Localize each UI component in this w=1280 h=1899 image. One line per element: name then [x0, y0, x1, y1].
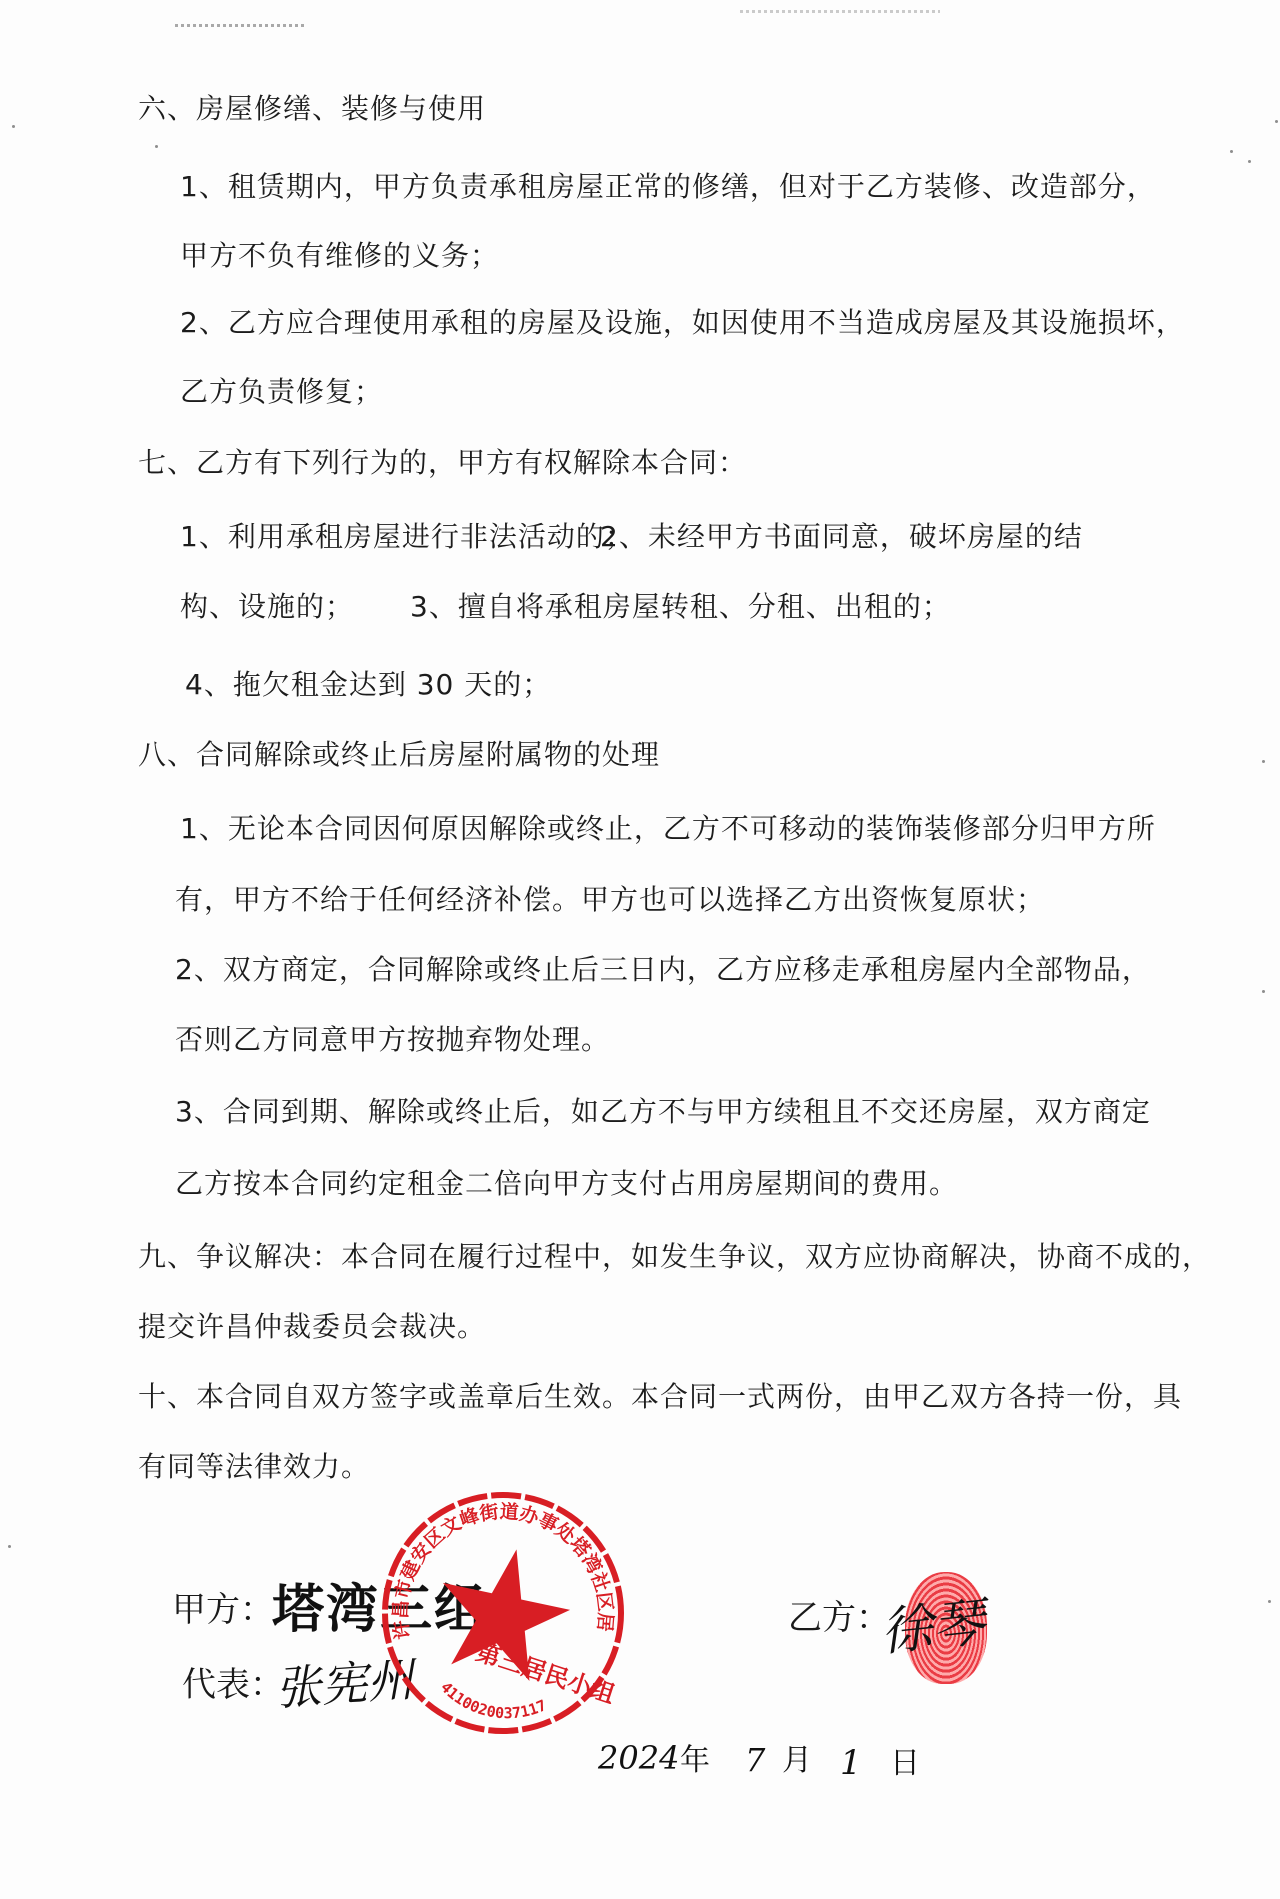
- section-9-line-1: 提交许昌仲裁委员会裁决。: [138, 1310, 486, 1344]
- section-heading-7: 七、乙方有下列行为的，甲方有权解除本合同：: [138, 446, 747, 480]
- date-day-label: 日: [890, 1746, 920, 1782]
- section-10-line-1: 有同等法律效力。: [138, 1450, 370, 1484]
- section-8-line-2: 有，甲方不给于任何经济补偿。甲方也可以选择乙方出资恢复原状；: [175, 883, 1045, 917]
- scan-speck: [1268, 1600, 1271, 1603]
- section-7-item-2-cont: 构、设施的；: [180, 590, 354, 624]
- scan-speck: [1262, 760, 1265, 763]
- section-8-line-4: 否则乙方同意甲方按抛弃物处理。: [175, 1023, 610, 1057]
- scan-artifact: [175, 24, 305, 27]
- representative-label: 代表：: [182, 1665, 284, 1705]
- section-8-line-3: 2、双方商定，合同解除或终止后三日内，乙方应移走承租房屋内全部物品，: [175, 953, 1151, 987]
- section-heading-9: 九、争议解决：本合同在履行过程中，如发生争议，双方应协商解决，协商不成的，: [138, 1240, 1211, 1274]
- date-year: 2024: [598, 1740, 679, 1776]
- section-8-line-6: 乙方按本合同约定租金二倍向甲方支付占用房屋期间的费用。: [175, 1167, 958, 1201]
- scan-speck: [12, 125, 15, 128]
- party-a-label: 甲方：: [172, 1590, 274, 1630]
- scan-speck: [1262, 990, 1265, 993]
- section-7-item-2: 2、未经甲方书面同意，破坏房屋的结: [600, 520, 1083, 554]
- svg-text:4110020037117: 4110020037117: [437, 1678, 549, 1722]
- party-b-signature: 徐琴: [876, 1580, 987, 1665]
- section-6-line-2: 甲方不负有维修的义务；: [180, 239, 499, 273]
- contract-page: 六、房屋修缮、装修与使用 1、租赁期内，甲方负责承租房屋正常的修缮，但对于乙方装…: [0, 0, 1280, 1899]
- section-7-item-1: 1、利用承租房屋进行非法活动的；: [180, 520, 634, 554]
- scan-speck: [1248, 160, 1251, 163]
- date-year-label: 年: [680, 1743, 710, 1779]
- scan-speck: [1275, 120, 1278, 123]
- official-seal-icon: 许昌市建安区文峰街道办事处塔湾社区居民委员会 第三居民小组 4110020037…: [378, 1488, 628, 1738]
- scan-speck: [1230, 150, 1233, 153]
- svg-text:第三居民小组: 第三居民小组: [473, 1638, 619, 1709]
- date-month-label: 月: [782, 1743, 812, 1779]
- scan-speck: [8, 1545, 11, 1548]
- section-6-line-1: 1、租赁期内，甲方负责承租房屋正常的修缮，但对于乙方装修、改造部分，: [180, 170, 1156, 204]
- scan-artifact: [740, 10, 940, 13]
- party-b-label: 乙方：: [788, 1598, 890, 1638]
- section-6-line-3: 2、乙方应合理使用承租的房屋及设施，如因使用不当造成房屋及其设施损坏，: [180, 306, 1185, 340]
- section-7-item-3: 3、擅自将承租房屋转租、分租、出租的；: [410, 590, 951, 624]
- scan-speck: [155, 145, 158, 148]
- section-heading-8: 八、合同解除或终止后房屋附属物的处理: [138, 738, 660, 772]
- section-8-line-1: 1、无论本合同因何原因解除或终止，乙方不可移动的装饰装修部分归甲方所: [180, 812, 1156, 846]
- section-heading-6: 六、房屋修缮、装修与使用: [138, 92, 486, 126]
- section-6-line-4: 乙方负责修复；: [180, 375, 383, 409]
- section-heading-10: 十、本合同自双方签字或盖章后生效。本合同一式两份，由甲乙双方各持一份，具: [138, 1380, 1182, 1414]
- section-7-item-4: 4、拖欠租金达到 30 天的；: [185, 668, 551, 702]
- date-month: 7: [745, 1742, 765, 1778]
- date-day: 1: [840, 1745, 862, 1781]
- section-8-line-5: 3、合同到期、解除或终止后，如乙方不与甲方续租且不交还房屋，双方商定: [175, 1095, 1151, 1129]
